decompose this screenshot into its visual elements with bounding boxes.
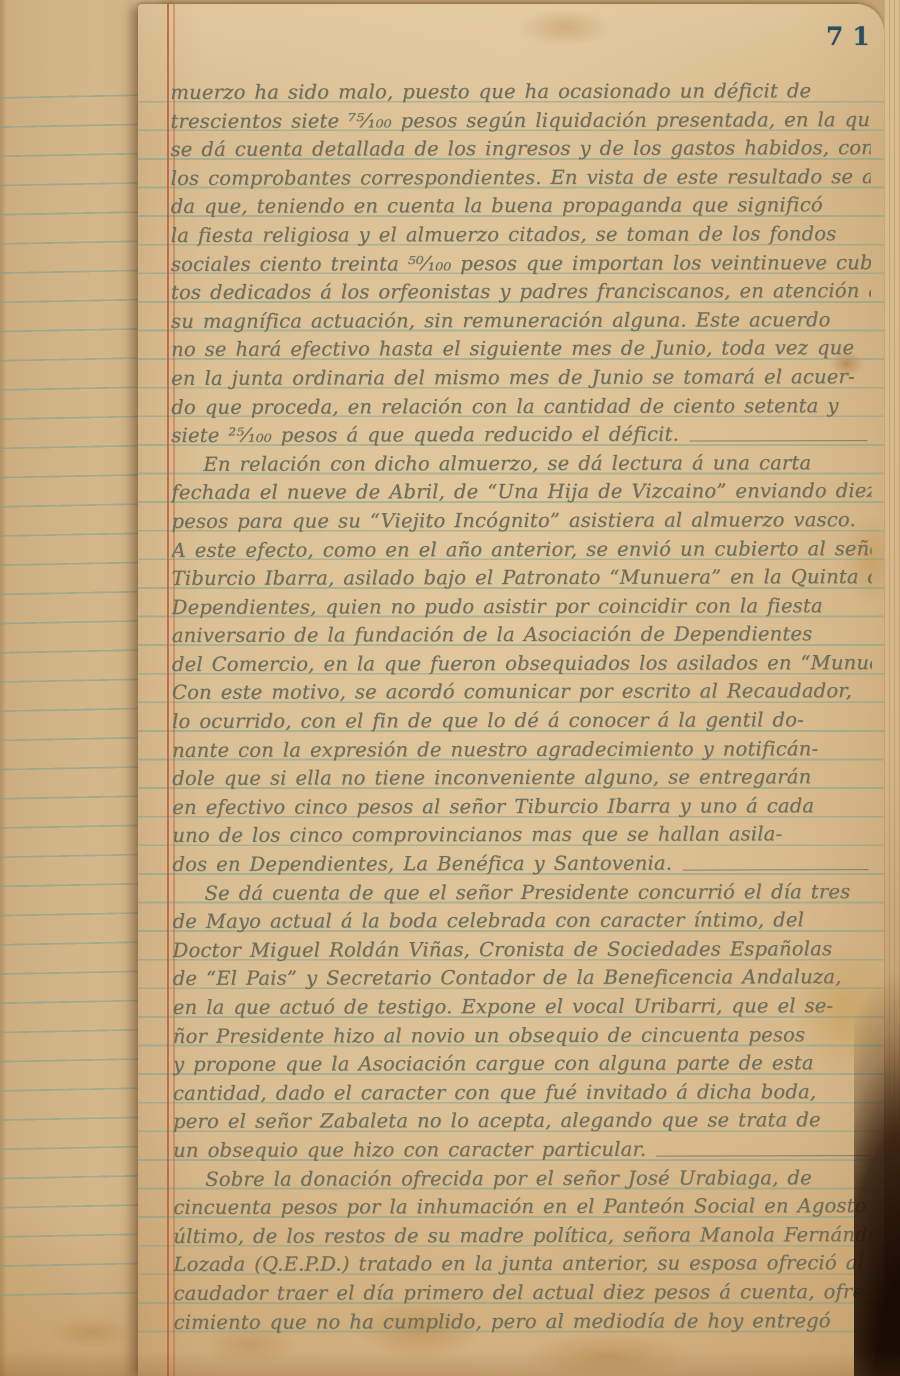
manuscript-line: pero el señor Zabaleta no lo acepta, ale…	[173, 1106, 873, 1136]
manuscript-line: cimiento que no ha cumplido, pero al med…	[174, 1307, 874, 1337]
manuscript-line: Con este motivo, se acordó comunicar por…	[172, 678, 872, 708]
manuscript-line: A este efecto, como en el año anterior, …	[172, 535, 872, 565]
manuscript-line-text: En relación con dicho almuerzo, se dá le…	[203, 449, 811, 479]
manuscript-line-text: Lozada (Q.E.P.D.) tratado en la junta an…	[173, 1249, 873, 1279]
manuscript-line-text: aniversario de la fundación de la Asocia…	[172, 621, 813, 651]
manuscript-line-text: cimiento que no ha cumplido, pero al med…	[174, 1307, 831, 1337]
manuscript-line: caudador traer el día primero del actual…	[173, 1278, 873, 1308]
manuscript-line-text: Sobre la donación ofrecida por el señor …	[205, 1164, 812, 1194]
manuscript-line: da que, teniendo en cuenta la buena prop…	[171, 191, 871, 221]
manuscript-line: Dependientes, quien no pudo asistir por …	[172, 592, 872, 622]
manuscript-line-text: pero el señor Zabaleta no lo acepta, ale…	[173, 1107, 821, 1137]
paper-stain	[36, 1310, 146, 1354]
manuscript-line: último, de los restos de su madre políti…	[173, 1221, 873, 1251]
manuscript-line-text: se dá cuenta detallada de los ingresos y…	[171, 134, 871, 164]
manuscript-line: Lozada (Q.E.P.D.) tratado en la junta an…	[173, 1249, 873, 1279]
manuscript-line-text: caudador traer el día primero del actual…	[173, 1278, 870, 1308]
manuscript-line: un obsequio que hizo con caracter partic…	[173, 1135, 873, 1165]
bottom-edge-shadow	[0, 1350, 900, 1376]
page-number: 71	[826, 22, 879, 51]
manuscript-text: muerzo ha sido malo, puesto que ha ocasi…	[170, 77, 873, 1337]
manuscript-line-text: pesos para que su “Viejito Incógnito” as…	[171, 506, 855, 536]
manuscript-line: en efectivo cinco pesos al señor Tiburci…	[172, 792, 872, 822]
manuscript-line-text: y propone que la Asociación cargue con a…	[173, 1049, 814, 1079]
manuscript-photo: 71 muerzo ha sido malo, puesto que ha oc…	[0, 0, 900, 1376]
manuscript-line: En relación con dicho almuerzo, se dá le…	[171, 449, 871, 479]
manuscript-line-text: nante con la expresión de nuestro agrade…	[172, 735, 818, 765]
manuscript-line: no se hará efectivo hasta el siguiente m…	[171, 334, 871, 364]
manuscript-line-text: cincuenta pesos por la inhumación en el …	[173, 1192, 866, 1222]
manuscript-line: tos dedicados á los orfeonistas y padres…	[171, 277, 871, 307]
manuscript-line-text: en la que actuó de testigo. Expone el vo…	[173, 992, 834, 1022]
red-margin-line	[167, 4, 169, 1376]
manuscript-line: cantidad, dado el caracter con que fué i…	[173, 1078, 873, 1108]
manuscript-line-text: su magnífica actuación, sin remuneración…	[171, 306, 831, 336]
paragraph-end-rule	[682, 869, 868, 870]
manuscript-line-text: da que, teniendo en cuenta la buena prop…	[171, 192, 823, 222]
ledger-page: 71 muerzo ha sido malo, puesto que ha oc…	[138, 4, 884, 1376]
manuscript-line: siete ²⁵⁄₁₀₀ pesos á que queda reducido …	[171, 420, 871, 450]
manuscript-line: en la junta ordinaria del mismo mes de J…	[171, 363, 871, 393]
manuscript-line-text: dos en Dependientes, La Benéfica y Santo…	[172, 850, 672, 880]
manuscript-line: Doctor Miguel Roldán Viñas, Cronista de …	[173, 935, 873, 965]
manuscript-line: cincuenta pesos por la inhumación en el …	[173, 1192, 873, 1222]
manuscript-line: la fiesta religiosa y el almuerzo citado…	[171, 220, 871, 250]
manuscript-line: aniversario de la fundación de la Asocia…	[172, 620, 872, 650]
manuscript-line: de Mayo actual á la boda celebrada con c…	[173, 906, 873, 936]
manuscript-line-text: último, de los restos de su madre políti…	[173, 1221, 873, 1251]
manuscript-line-text: en la junta ordinaria del mismo mes de J…	[171, 363, 855, 393]
manuscript-line: se dá cuenta detallada de los ingresos y…	[171, 134, 871, 164]
manuscript-line: fechada el nueve de Abril, de “Una Hija …	[171, 477, 871, 507]
manuscript-line-text: de Mayo actual á la boda celebrada con c…	[173, 906, 805, 936]
manuscript-line-text: siete ²⁵⁄₁₀₀ pesos á que queda reducido …	[171, 421, 679, 451]
manuscript-line-text: Con este motivo, se acordó comunicar por…	[172, 678, 852, 708]
manuscript-line: su magnífica actuación, sin remuneración…	[171, 306, 871, 336]
manuscript-line: nante con la expresión de nuestro agrade…	[172, 735, 872, 765]
manuscript-line-text: ñor Presidente hizo al novio un obsequio…	[173, 1021, 805, 1051]
manuscript-line-text: uno de los cinco comprovincianos mas que…	[172, 821, 782, 851]
manuscript-line: en la que actuó de testigo. Expone el vo…	[173, 992, 873, 1022]
manuscript-line-text: do que proceda, en relación con la canti…	[171, 392, 838, 422]
manuscript-line-text: la fiesta religiosa y el almuerzo citado…	[171, 220, 837, 250]
manuscript-line: dole que si ella no tiene inconveniente …	[172, 763, 872, 793]
manuscript-line-text: Dependientes, quien no pudo asistir por …	[172, 592, 823, 622]
manuscript-line: trescientos siete ⁷⁵⁄₁₀₀ pesos según liq…	[170, 106, 870, 136]
manuscript-line-text: cantidad, dado el caracter con que fué i…	[173, 1078, 816, 1108]
manuscript-line-text: no se hará efectivo hasta el siguiente m…	[171, 334, 854, 364]
manuscript-line-text: Doctor Miguel Roldán Viñas, Cronista de …	[173, 935, 833, 965]
manuscript-line-text: dole que si ella no tiene inconveniente …	[172, 763, 811, 793]
binding-shadow	[854, 916, 900, 1376]
manuscript-line: Se dá cuenta de que el señor Presidente …	[172, 878, 872, 908]
manuscript-line-text: Tiburcio Ibarra, asilado bajo el Patrona…	[172, 563, 872, 593]
manuscript-line: los comprobantes correspondientes. En vi…	[171, 163, 871, 193]
manuscript-line-text: los comprobantes correspondientes. En vi…	[171, 163, 871, 193]
manuscript-line: uno de los cinco comprovincianos mas que…	[172, 821, 872, 851]
manuscript-line: y propone que la Asociación cargue con a…	[173, 1049, 873, 1079]
manuscript-line-text: en efectivo cinco pesos al señor Tiburci…	[172, 792, 814, 822]
manuscript-line: muerzo ha sido malo, puesto que ha ocasi…	[170, 77, 870, 107]
manuscript-line-text: trescientos siete ⁷⁵⁄₁₀₀ pesos según liq…	[170, 106, 870, 136]
manuscript-line-text: un obsequio que hizo con caracter partic…	[173, 1136, 646, 1166]
manuscript-line-text: sociales ciento treinta ⁵⁰⁄₁₀₀ pesos que…	[171, 249, 871, 279]
paragraph-end-rule	[689, 440, 867, 441]
manuscript-line-text: fechada el nueve de Abril, de “Una Hija …	[171, 477, 871, 507]
manuscript-line-text: lo ocurrido, con el fin de que lo dé á c…	[172, 706, 804, 736]
manuscript-line: lo ocurrido, con el fin de que lo dé á c…	[172, 706, 872, 736]
manuscript-line-text: A este efecto, como en el año anterior, …	[172, 535, 872, 565]
manuscript-line: do que proceda, en relación con la canti…	[171, 392, 871, 422]
paragraph-end-rule	[656, 1155, 869, 1157]
manuscript-line-text: del Comercio, en la que fueron obsequiad…	[172, 649, 872, 679]
manuscript-line: de “El Pais” y Secretario Contador de la…	[173, 963, 873, 993]
manuscript-line: Sobre la donación ofrecida por el señor …	[173, 1164, 873, 1194]
manuscript-line-text: de “El Pais” y Secretario Contador de la…	[173, 964, 842, 994]
manuscript-line: del Comercio, en la que fueron obsequiad…	[172, 649, 872, 679]
manuscript-line: dos en Dependientes, La Benéfica y Santo…	[172, 849, 872, 879]
manuscript-line: pesos para que su “Viejito Incógnito” as…	[171, 506, 871, 536]
manuscript-line: sociales ciento treinta ⁵⁰⁄₁₀₀ pesos que…	[171, 249, 871, 279]
manuscript-line-text: Se dá cuenta de que el señor Presidente …	[204, 878, 850, 908]
manuscript-line: Tiburcio Ibarra, asilado bajo el Patrona…	[172, 563, 872, 593]
manuscript-line-text: muerzo ha sido malo, puesto que ha ocasi…	[170, 77, 811, 107]
manuscript-line-text: tos dedicados á los orfeonistas y padres…	[171, 277, 871, 307]
manuscript-line: ñor Presidente hizo al novio un obsequio…	[173, 1021, 873, 1051]
